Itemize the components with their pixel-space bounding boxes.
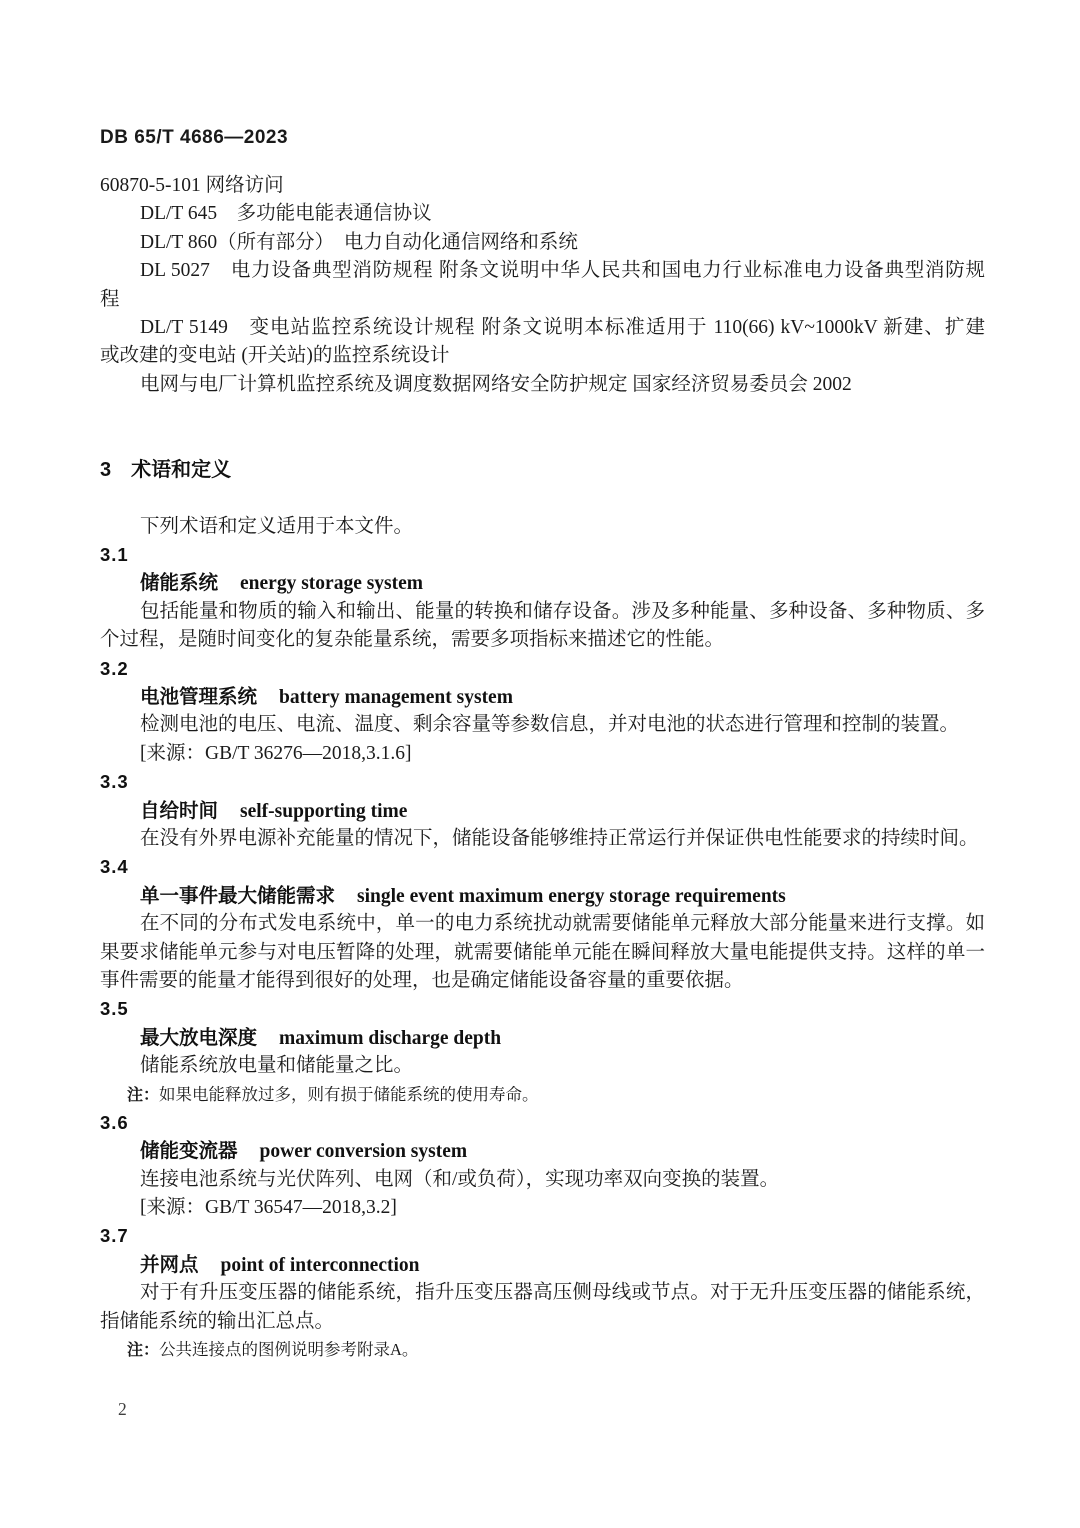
document-page: DB 65/T 4686—2023 60870-5-101 网络访问DL/T 6…: [0, 0, 1080, 1528]
term-title: 最大放电深度maximum discharge depth: [100, 1024, 985, 1052]
definition-line: DL/T 5149 变电站监控系统设计规程 附条文说明本标准适用于 110(66…: [100, 314, 985, 342]
definition-line: [来源：GB/T 36276—2018,3.1.6]: [100, 740, 985, 768]
blank-line: [100, 399, 985, 427]
term-english: single event maximum energy storage requ…: [357, 886, 786, 907]
term-chinese: 自给时间: [140, 800, 218, 822]
term-title: 电池管理系统battery management system: [100, 683, 985, 711]
definition-line: 果要求储能单元参与对电压暂降的处理，就需要储能单元能在瞬间释放大量电能提供支持。…: [100, 939, 985, 967]
term-chinese: 并网点: [140, 1254, 199, 1276]
definition-line: DL 5027 电力设备典型消防规程 附条文说明中华人民共和国电力行业标准电力设…: [100, 257, 985, 285]
term-english: battery management system: [279, 687, 513, 708]
definition-line: [来源：GB/T 36547—2018,3.2]: [100, 1194, 985, 1222]
clause-number: 3.2: [100, 655, 985, 683]
blank-line: [100, 484, 985, 512]
term-english: self-supporting time: [240, 801, 407, 822]
note-label: 注：: [127, 1342, 159, 1359]
page-number: 2: [118, 1399, 127, 1420]
definition-line: DL/T 645 多功能电能表通信协议: [100, 200, 985, 228]
clause-number: 3.1: [100, 541, 985, 569]
blank-line: [100, 428, 985, 456]
term-english: point of interconnection: [221, 1255, 420, 1276]
definition-line: 个过程，是随时间变化的复杂能量系统，需要多项指标来描述它的性能。: [100, 626, 985, 654]
doc-number-header: DB 65/T 4686—2023: [100, 127, 288, 149]
term-chinese: 储能系统: [140, 572, 218, 594]
term-english: maximum discharge depth: [279, 1028, 501, 1049]
definition-line: DL/T 860（所有部分） 电力自动化通信网络和系统: [100, 229, 985, 257]
definition-line: 在没有外界电源补充能量的情况下，储能设备能够维持正常运行并保证供电性能要求的持续…: [100, 825, 985, 853]
term-title: 单一事件最大储能需求single event maximum energy st…: [100, 882, 985, 910]
clause-number: 3.3: [100, 768, 985, 796]
clause-number: 3.6: [100, 1109, 985, 1137]
clause-number: 3.5: [100, 995, 985, 1023]
document-body: 60870-5-101 网络访问DL/T 645 多功能电能表通信协议DL/T …: [100, 172, 985, 1364]
term-title: 储能系统energy storage system: [100, 569, 985, 597]
term-english: power conversion system: [260, 1141, 468, 1162]
clause-number: 3.7: [100, 1222, 985, 1250]
definition-line: 或改建的变电站 (开关站)的监控系统设计: [100, 342, 985, 370]
note-line: 注：公共连接点的图例说明参考附录A。: [100, 1336, 985, 1364]
definition-line: 下列术语和定义适用于本文件。: [100, 513, 985, 541]
definition-line: 检测电池的电压、电流、温度、剩余容量等参数信息，并对电池的状态进行管理和控制的装…: [100, 711, 985, 739]
term-chinese: 单一事件最大储能需求: [140, 885, 335, 907]
term-title: 并网点point of interconnection: [100, 1251, 985, 1279]
definition-line: 指储能系统的输出汇总点。: [100, 1308, 985, 1336]
definition-line: 在不同的分布式发电系统中，单一的电力系统扰动就需要储能单元释放大部分能量来进行支…: [100, 910, 985, 938]
note-line: 注：如果电能释放过多，则有损于储能系统的使用寿命。: [100, 1081, 985, 1109]
definition-line: 60870-5-101 网络访问: [100, 172, 985, 200]
note-label: 注：: [127, 1087, 159, 1104]
definition-line: 包括能量和物质的输入和输出、能量的转换和储存设备。涉及多种能量、多种设备、多种物…: [100, 598, 985, 626]
definition-line: 储能系统放电量和储能量之比。: [100, 1052, 985, 1080]
definition-line: 连接电池系统与光伏阵列、电网（和/或负荷），实现功率双向变换的装置。: [100, 1166, 985, 1194]
definition-line: 程: [100, 286, 985, 314]
definition-line: 对于有升压变压器的储能系统，指升压变压器高压侧母线或节点。对于无升压变压器的储能…: [100, 1279, 985, 1307]
term-title: 储能变流器power conversion system: [100, 1137, 985, 1165]
term-title: 自给时间self-supporting time: [100, 797, 985, 825]
definition-line: 电网与电厂计算机监控系统及调度数据网络安全防护规定 国家经济贸易委员会 2002: [100, 371, 985, 399]
term-chinese: 最大放电深度: [140, 1027, 257, 1049]
note-text: 公共连接点的图例说明参考附录A。: [159, 1340, 418, 1359]
term-english: energy storage system: [240, 573, 423, 594]
term-chinese: 储能变流器: [140, 1140, 238, 1162]
note-text: 如果电能释放过多，则有损于储能系统的使用寿命。: [159, 1085, 539, 1104]
section-heading: 3 术语和定义: [100, 456, 985, 484]
definition-line: 事件需要的能量才能得到很好的处理，也是确定储能设备容量的重要依据。: [100, 967, 985, 995]
term-chinese: 电池管理系统: [140, 686, 257, 708]
clause-number: 3.4: [100, 853, 985, 881]
